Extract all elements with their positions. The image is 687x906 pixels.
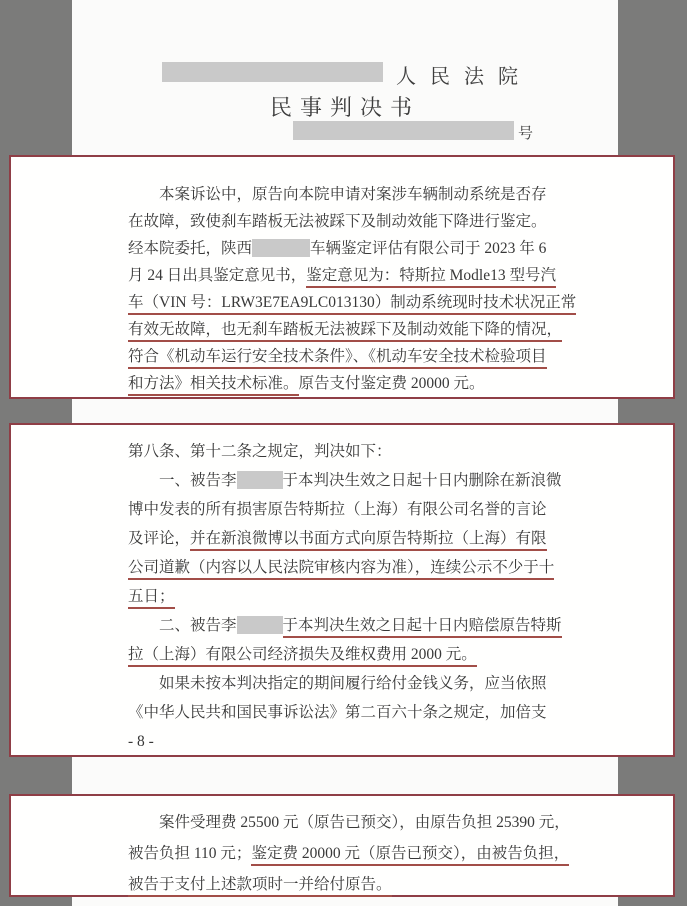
case-number-suffix: 号	[518, 122, 533, 143]
text-line: 如果未按本判决指定的期间履行给付金钱义务，应当依照	[128, 669, 574, 698]
text-segment: - 8 -	[128, 733, 154, 750]
text-segment: 如果未按本判决指定的期间履行给付金钱义务，应当依照	[128, 675, 547, 692]
appraisal-text: 本案诉讼中，原告向本院申请对案涉车辆制动系统是否存在故障，致使刹车踏板无法被踩下…	[128, 181, 574, 397]
text-line: 《中华人民共和国民事诉讼法》第二百六十条之规定，加倍支	[128, 698, 574, 727]
text-line: 公司道歉（内容以人民法院审核内容为准），连续公示不少于十	[128, 553, 574, 582]
text-segment: 及评论，	[128, 530, 190, 547]
text-line: 车（VIN 号：LRW3E7EA9LC013130）制动系统现时技术状况正常	[128, 289, 574, 316]
text-line: 拉（上海）有限公司经济损失及维权费用 2000 元。	[128, 640, 574, 669]
underlined-text: 和方法》相关技术标准。	[128, 375, 299, 396]
text-line: 和方法》相关技术标准。原告支付鉴定费 20000 元。	[128, 370, 574, 397]
court-name-suffix: 人民法院	[396, 60, 532, 89]
underlined-text: 并在新浪微博以书面方式向原告特斯拉（上海）有限	[190, 530, 547, 551]
document-title: 民事判决书	[270, 91, 420, 122]
underlined-text: 有效无故障，也无刹车踏板无法被踩下及制动效能下降的情况，	[128, 321, 562, 342]
highlight-box-fees: 案件受理费 25500 元（原告已预交），由原告负担 25390 元，被告负担 …	[9, 794, 675, 897]
redacted-text	[252, 239, 310, 257]
underlined-text: 车（VIN 号：LRW3E7EA9LC013130）制动系统现时技术状况正常	[128, 294, 576, 315]
text-segment: 二、被告李	[128, 617, 237, 634]
highlight-box-judgment: 第八条、第十二条之规定，判决如下： 一、被告李于本判决生效之日起十日内删除在新浪…	[9, 423, 675, 757]
underlined-text: 五日；	[128, 588, 175, 609]
redacted-court-name	[162, 62, 383, 82]
underlined-text: 拉（上海）有限公司经济损失及维权费用 2000 元。	[128, 646, 477, 667]
text-segment: 博中发表的所有损害原告特斯拉（上海）有限公司名誉的言论	[128, 501, 547, 518]
text-segment: 第八条、第十二条之规定，判决如下：	[128, 443, 392, 460]
underlined-text: 公司道歉（内容以人民法院审核内容为准），连续公示不少于十	[128, 559, 554, 580]
text-line: 二、被告李于本判决生效之日起十日内赔偿原告特斯	[128, 611, 574, 640]
text-line: 符合《机动车运行安全技术条件》、《机动车安全技术检验项目	[128, 343, 574, 370]
text-segment: 在故障，致使刹车踏板无法被踩下及制动效能下降进行鉴定。	[128, 213, 547, 230]
judgment-text: 第八条、第十二条之规定，判决如下： 一、被告李于本判决生效之日起十日内删除在新浪…	[128, 437, 574, 756]
underlined-text: 于本判决生效之日起十日内赔偿原告特斯	[283, 617, 562, 638]
text-line: 博中发表的所有损害原告特斯拉（上海）有限公司名誉的言论	[128, 495, 574, 524]
text-line: 经本院委托，陕西车辆鉴定评估有限公司于 2023 年 6	[128, 235, 574, 262]
text-segment: 本案诉讼中，原告向本院申请对案涉车辆制动系统是否存	[128, 186, 547, 203]
text-segment: 一、被告李	[128, 472, 237, 489]
text-line: 本案诉讼中，原告向本院申请对案涉车辆制动系统是否存	[128, 181, 574, 208]
text-line: 在故障，致使刹车踏板无法被踩下及制动效能下降进行鉴定。	[128, 208, 574, 235]
redacted-case-number	[293, 121, 514, 140]
underlined-text: 鉴定意见为：特斯拉 Modle13 型号汽	[306, 267, 556, 288]
text-segment: 月 24 日出具鉴定意见书，	[128, 267, 306, 284]
text-segment: 原告支付鉴定费 20000 元。	[299, 375, 485, 392]
underlined-text: 被告于支付上述款项时一并给付原告。	[128, 876, 392, 897]
text-segment: 被告负担 110 元；	[128, 845, 251, 862]
text-line: 有效无故障，也无刹车踏板无法被踩下及制动效能下降的情况，	[128, 316, 574, 343]
underlined-text: 符合《机动车运行安全技术条件》、《机动车安全技术检验项目	[128, 348, 547, 369]
text-line: 及评论，并在新浪微博以书面方式向原告特斯拉（上海）有限	[128, 524, 574, 553]
text-segment: 于本判决生效之日起十日内删除在新浪微	[283, 472, 562, 489]
text-segment: 车辆鉴定评估有限公司于 2023 年 6	[310, 240, 546, 257]
text-line: 月 24 日出具鉴定意见书，鉴定意见为：特斯拉 Modle13 型号汽	[128, 262, 574, 289]
text-line: 被告负担 110 元；鉴定费 20000 元（原告已预交），由被告负担，	[128, 838, 574, 869]
text-line: - 8 -	[128, 727, 574, 756]
highlight-box-appraisal: 本案诉讼中，原告向本院申请对案涉车辆制动系统是否存在故障，致使刹车踏板无法被踩下…	[9, 155, 675, 399]
text-line: 一、被告李于本判决生效之日起十日内删除在新浪微	[128, 466, 574, 495]
text-line: 案件受理费 25500 元（原告已预交），由原告负担 25390 元，	[128, 807, 574, 838]
text-line: 被告于支付上述款项时一并给付原告。	[128, 869, 574, 900]
judgment-document-screenshot: 人民法院 民事判决书 号 本案诉讼中，原告向本院申请对案涉车辆制动系统是否存在故…	[0, 0, 687, 906]
text-segment: 《中华人民共和国民事诉讼法》第二百六十条之规定，加倍支	[128, 704, 547, 721]
fees-text: 案件受理费 25500 元（原告已预交），由原告负担 25390 元，被告负担 …	[128, 807, 574, 900]
redacted-text	[237, 616, 283, 634]
text-segment: 案件受理费 25500 元（原告已预交），由原告负担 25390 元，	[128, 814, 570, 831]
text-line: 五日；	[128, 582, 574, 611]
text-line: 第八条、第十二条之规定，判决如下：	[128, 437, 574, 466]
underlined-text: 鉴定费 20000 元（原告已预交），由被告负担，	[251, 845, 569, 866]
text-segment: 经本院委托，陕西	[128, 240, 252, 257]
redacted-text	[237, 471, 283, 489]
